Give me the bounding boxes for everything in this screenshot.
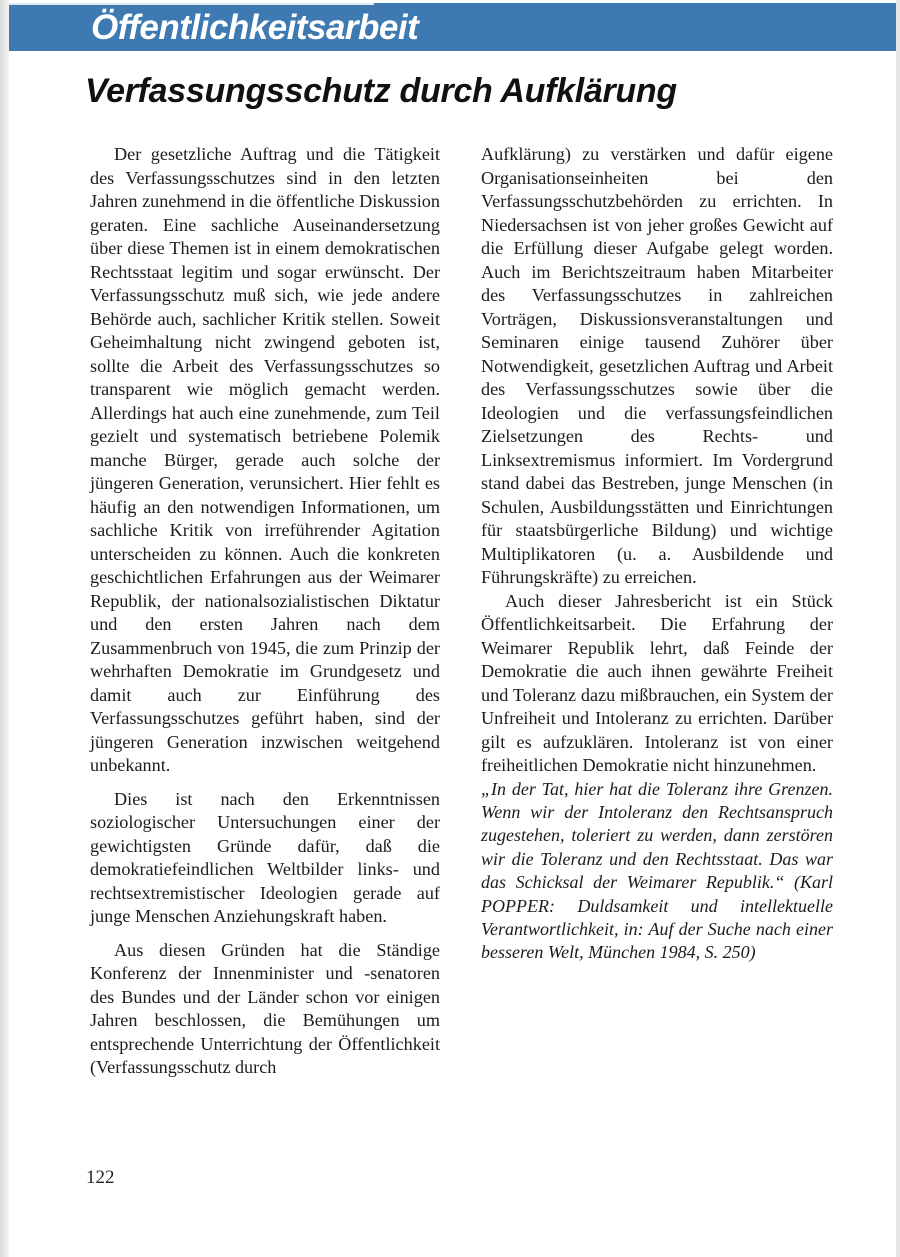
right-column: Aufklärung) zu verstärken und dafür eige… — [481, 143, 833, 965]
paragraph: Aufklärung) zu verstärken und dafür eige… — [481, 143, 833, 590]
scan-left-edge — [0, 0, 9, 1257]
paragraph: Dies ist nach den Erkenntnissen soziolog… — [90, 788, 440, 929]
scan-right-edge — [896, 0, 900, 1257]
section-header-band: Öffentlichkeitsarbeit — [9, 3, 896, 51]
paragraph: Aus diesen Gründen hat die Ständige Konf… — [90, 939, 440, 1080]
paragraph: Der gesetzliche Auftrag und die Tätigkei… — [90, 143, 440, 778]
section-title: Öffentlichkeitsarbeit — [91, 4, 418, 52]
popper-quote: „In der Tat, hier hat die Toleranz ihre … — [481, 778, 833, 965]
paragraph: Auch dieser Jahresbericht ist ein Stück … — [481, 590, 833, 778]
page-number: 122 — [86, 1167, 115, 1189]
page-title: Verfassungsschutz durch Aufklärung — [85, 68, 677, 114]
left-column: Der gesetzliche Auftrag und die Tätigkei… — [90, 143, 440, 1080]
